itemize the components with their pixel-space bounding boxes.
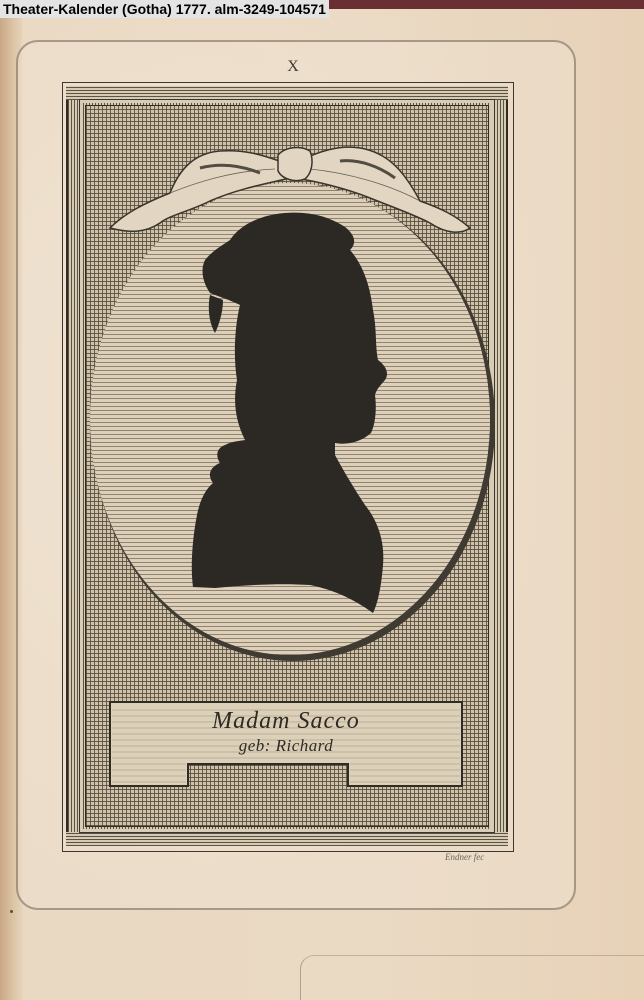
ink-speck bbox=[10, 910, 13, 913]
portrait-subtitle: geb: Richard bbox=[108, 736, 464, 756]
silhouette-portrait bbox=[185, 205, 405, 615]
caption-label: Theater-Kalender (Gotha) 1777. alm-3249-… bbox=[0, 0, 329, 18]
page-number: X bbox=[283, 58, 303, 76]
fold-mark bbox=[300, 955, 644, 1000]
engraver-signature: Endner fec bbox=[445, 852, 484, 862]
portrait-title: Madam Sacco bbox=[108, 708, 464, 735]
